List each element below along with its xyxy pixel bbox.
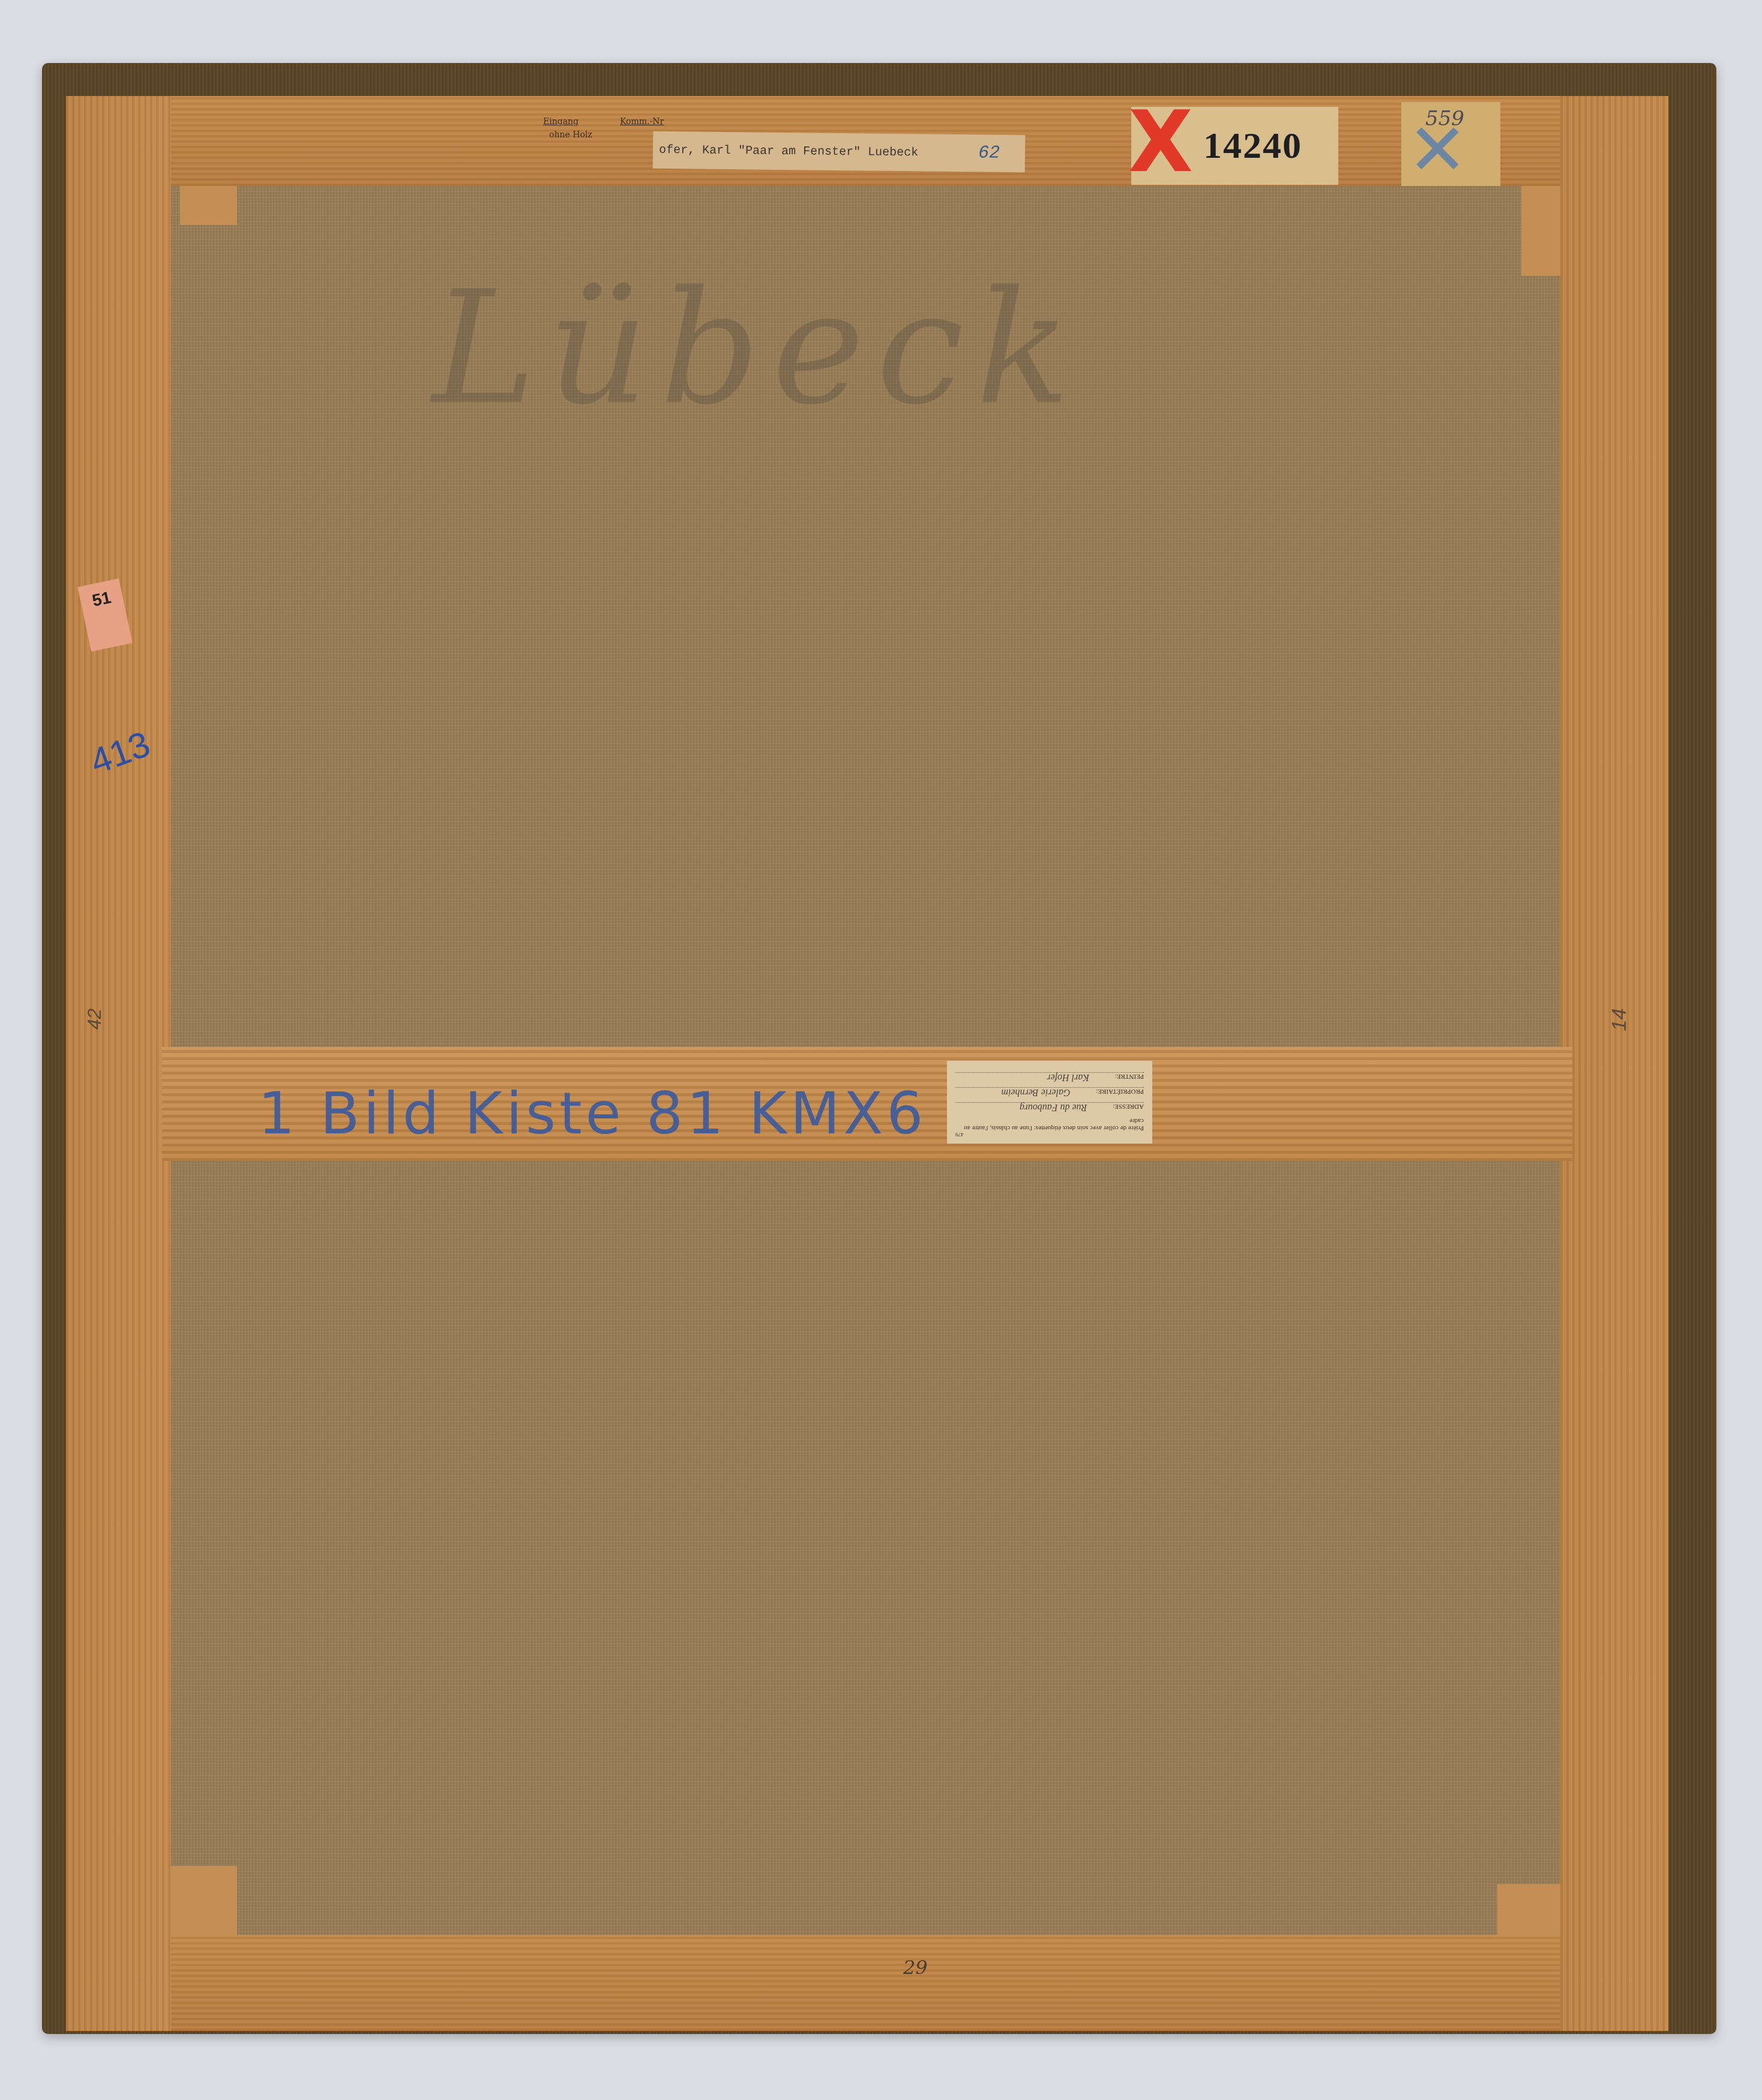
canvas-panel-lower (171, 1161, 1560, 1935)
typed-title-label: ofer, Karl "Paar am Fenster" Luebeck 62 (653, 131, 1026, 172)
left-bar-pencil-number: 42 (83, 1009, 106, 1030)
customs-field-adresse: ADRESSE: Rue du Faubourg (955, 1102, 1144, 1112)
bottom-bar-pencil-number: 29 (903, 1956, 928, 1979)
customs-field-proprietaire: PROPRIÉTAIRE: Galerie Bernheim (955, 1087, 1144, 1097)
corner-key-top-left (180, 186, 237, 225)
stamp-eingang: Eingang (543, 117, 579, 127)
faint-canvas-inscription: Lübeck (432, 258, 1083, 439)
red-x-mark-icon: X (1128, 101, 1193, 185)
customs-field-peintre: PEINTRE: Karl Hofer (955, 1072, 1144, 1082)
corner-key-top-right (1521, 186, 1560, 276)
customs-corner-code: 479 (955, 1132, 1144, 1138)
pen-mark: 62 (978, 143, 1000, 163)
crossed-out-label: 559 ✕ (1401, 102, 1500, 186)
customs-header: Prière de coller avec soin deux étiquett… (955, 1117, 1144, 1132)
customs-label-upside-down: 479 Prière de coller avec soin deux étiq… (947, 1061, 1152, 1144)
right-bar-pencil-number: 14 (1608, 1009, 1631, 1031)
stretcher-left-bar (66, 96, 171, 2031)
stretcher-bottom-bar (75, 1935, 1659, 2031)
stamp-ohne-holz: ohne Holz (549, 130, 592, 140)
typed-label-text: ofer, Karl "Paar am Fenster" Luebeck (659, 143, 918, 160)
crossbar-pencil-inscription: 1 Bild Kiste 81 KMX6 (258, 1080, 927, 1147)
corner-key-bottom-left (171, 1866, 237, 1935)
blue-cross-mark-icon: ✕ (1407, 114, 1468, 186)
corner-key-bottom-right (1497, 1884, 1560, 1935)
stretcher-right-bar (1560, 96, 1668, 2031)
stamp-komm-nr: Komm.-Nr (620, 117, 664, 127)
inventory-number: 14240 (1203, 125, 1302, 167)
